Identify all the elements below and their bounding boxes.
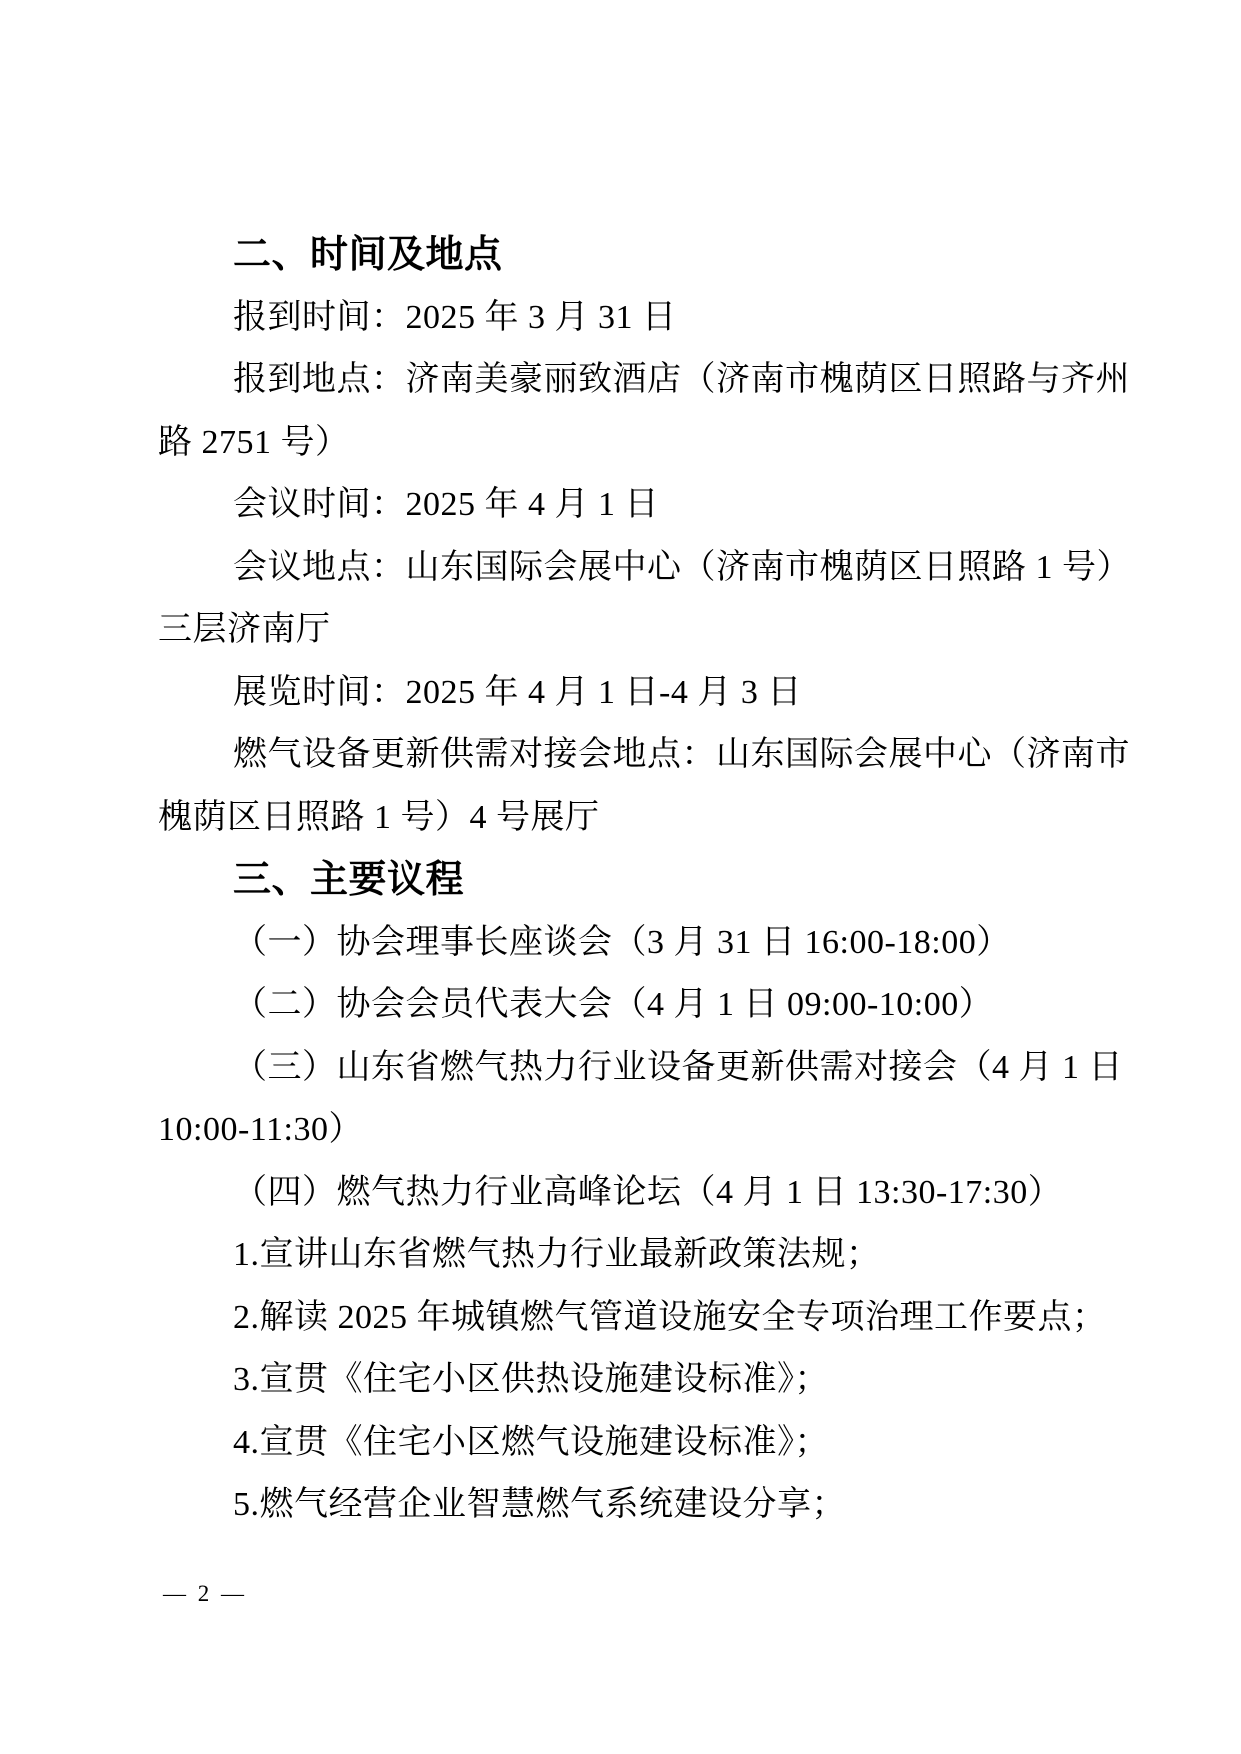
document-line: 报到时间：2025 年 3 月 31 日 — [158, 287, 1088, 350]
document-line: 会议时间：2025 年 4 月 1 日 — [158, 474, 1088, 537]
document-body: 二、时间及地点报到时间：2025 年 3 月 31 日报到地点：济南美豪丽致酒店… — [158, 224, 1088, 1537]
document-line: （一）协会理事长座谈会（3 月 31 日 16:00-18:00） — [158, 912, 1088, 975]
document-line: 5.燃气经营企业智慧燃气系统建设分享； — [158, 1474, 1088, 1537]
document-line: 燃气设备更新供需对接会地点：山东国际会展中心（济南市 — [158, 724, 1088, 787]
document-line: 路 2751 号） — [158, 412, 1088, 475]
document-line: 槐荫区日照路 1 号）4 号展厅 — [158, 787, 1088, 850]
document-line: 报到地点：济南美豪丽致酒店（济南市槐荫区日照路与齐州 — [158, 349, 1088, 412]
document-page: 二、时间及地点报到时间：2025 年 3 月 31 日报到地点：济南美豪丽致酒店… — [0, 0, 1241, 1754]
document-line: 会议地点：山东国际会展中心（济南市槐荫区日照路 1 号） — [158, 537, 1088, 600]
document-line: 4.宣贯《住宅小区燃气设施建设标准》； — [158, 1412, 1088, 1475]
document-line: （二）协会会员代表大会（4 月 1 日 09:00-10:00） — [158, 974, 1088, 1037]
document-line: 10:00-11:30） — [158, 1099, 1088, 1162]
document-line: （四）燃气热力行业高峰论坛（4 月 1 日 13:30-17:30） — [158, 1162, 1088, 1225]
document-line: 三层济南厅 — [158, 599, 1088, 662]
document-line: 展览时间：2025 年 4 月 1 日-4 月 3 日 — [158, 662, 1088, 725]
document-line: 2.解读 2025 年城镇燃气管道设施安全专项治理工作要点； — [158, 1287, 1088, 1350]
page-number: — 2 — — [163, 1578, 247, 1610]
document-line: （三）山东省燃气热力行业设备更新供需对接会（4 月 1 日 — [158, 1037, 1088, 1100]
document-line: 1.宣讲山东省燃气热力行业最新政策法规； — [158, 1224, 1088, 1287]
section-heading: 二、时间及地点 — [158, 224, 1088, 287]
section-heading: 三、主要议程 — [158, 849, 1088, 912]
document-line: 3.宣贯《住宅小区供热设施建设标准》； — [158, 1349, 1088, 1412]
